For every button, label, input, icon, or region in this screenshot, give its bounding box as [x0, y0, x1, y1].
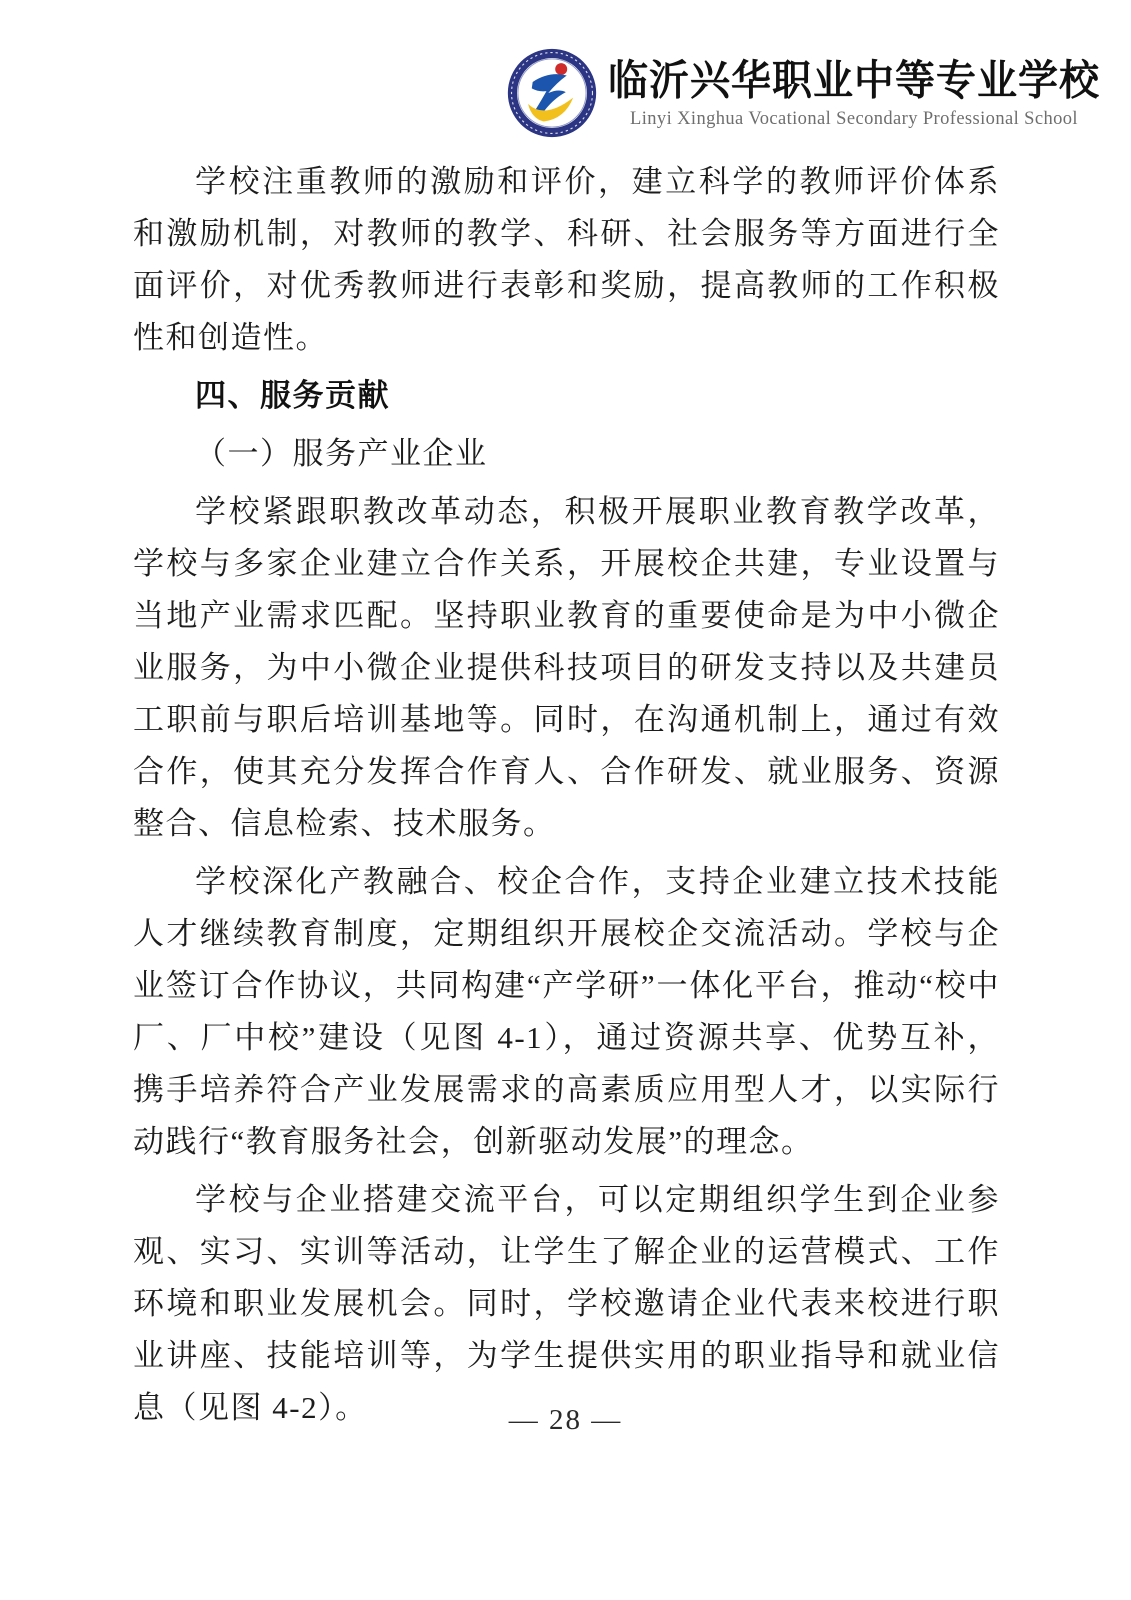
paragraph-industry-education-integration: 学校深化产教融合、校企合作，支持企业建立技术技能人才继续教育制度，定期组织开展校… [133, 856, 1000, 1168]
paragraph-exchange-platform: 学校与企业搭建交流平台，可以定期组织学生到企业参观、实习、实训等活动，让学生了解… [133, 1174, 1000, 1434]
school-logo-icon [506, 46, 598, 140]
letterhead: 临沂兴华职业中等专业学校 Linyi Xinghua Vocational Se… [506, 46, 1100, 140]
school-titles: 临沂兴华职业中等专业学校 Linyi Xinghua Vocational Se… [608, 55, 1100, 131]
section-heading-service-contribution: 四、服务贡献 [133, 370, 1000, 422]
page-number: — 28 — [0, 1398, 1131, 1442]
document-page: 临沂兴华职业中等专业学校 Linyi Xinghua Vocational Se… [0, 0, 1131, 1600]
paragraph-vocational-reform: 学校紧跟职教改革动态，积极开展职业教育教学改革，学校与多家企业建立合作关系，开展… [133, 486, 1000, 850]
school-title-cn: 临沂兴华职业中等专业学校 [608, 54, 1100, 108]
school-title-en: Linyi Xinghua Vocational Secondary Profe… [630, 107, 1078, 131]
document-body: 学校注重教师的激励和评价，建立科学的教师评价体系和激励机制，对教师的教学、科研、… [133, 156, 1000, 1434]
subsection-heading-serve-industry: （一）服务产业企业 [133, 428, 1000, 480]
paragraph-teacher-evaluation: 学校注重教师的激励和评价，建立科学的教师评价体系和激励机制，对教师的教学、科研、… [133, 156, 1000, 364]
